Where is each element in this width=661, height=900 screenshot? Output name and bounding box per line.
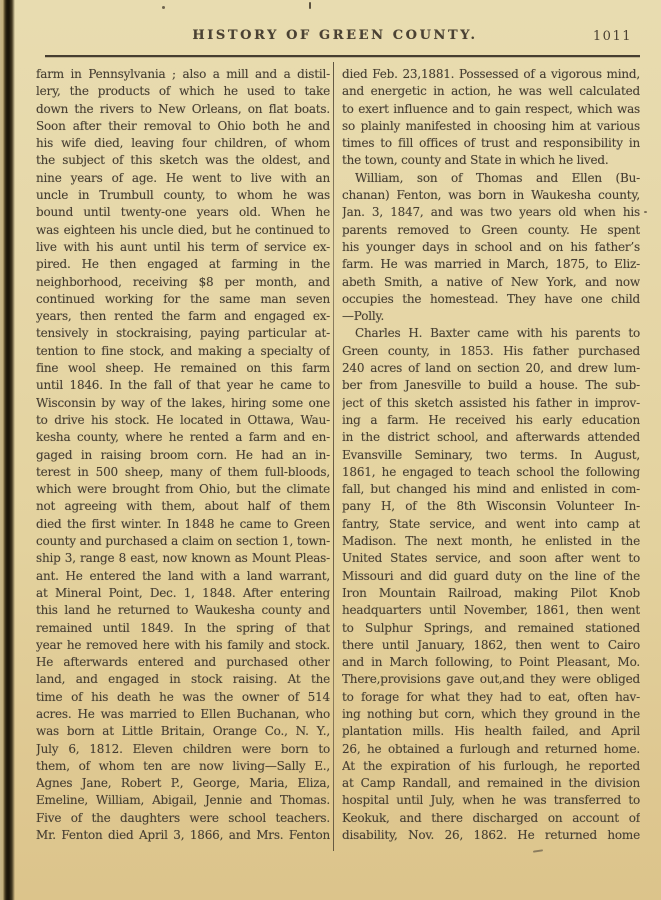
- text-line: years, then rented the farm and engaged …: [36, 308, 330, 325]
- text-line: Missouri and did guard duty on the line …: [342, 568, 640, 585]
- paper-speck: [644, 211, 647, 213]
- text-line: lery, the products of which he used to t…: [36, 83, 330, 100]
- text-line: at Camp Randall, and remained in the div…: [342, 775, 640, 792]
- text-line: He afterwards entered and purchased othe…: [36, 654, 330, 671]
- text-column-left: farm in Pennsylvania ; also a mill and a…: [36, 66, 330, 844]
- text-line: Mr. Fenton died April 3, 1866, and Mrs. …: [36, 827, 330, 844]
- text-line: this land he returned to Waukesha county…: [36, 602, 330, 619]
- text-line: Green county, in 1853. His father purcha…: [342, 343, 640, 360]
- text-line: —Polly.: [342, 308, 640, 325]
- text-line: pany H, of the 8th Wisconsin Volunteer I…: [342, 498, 640, 515]
- text-line: fall, but changed his mind and enlisted …: [342, 481, 640, 498]
- text-line: tention to fine stock, and making a spec…: [36, 343, 330, 360]
- text-line: live with his aunt until his term of ser…: [36, 239, 330, 256]
- text-line: ant. He entered the land with a land war…: [36, 568, 330, 585]
- text-line: his younger days in school and on his fa…: [342, 239, 640, 256]
- text-line: ing a farm. He received his early educat…: [342, 412, 640, 429]
- text-line: Emeline, William, Abigail, Jennie and Th…: [36, 792, 330, 809]
- text-line: hospital until July, when he was transfe…: [342, 792, 640, 809]
- text-line: to drive his stock. He located in Ottawa…: [36, 412, 330, 429]
- text-line: so plainly manifested in choosing him at…: [342, 118, 640, 135]
- text-line: died the first winter. In 1848 he came t…: [36, 516, 330, 533]
- text-line: to exert influence and to gain respect, …: [342, 101, 640, 118]
- text-line: fine wool sheep. He remained on this far…: [36, 360, 330, 377]
- text-line: continued working for the same man seven: [36, 291, 330, 308]
- text-line: Wisconsin by way of the lakes, hiring so…: [36, 395, 330, 412]
- text-line: remained until 1849. In the spring of th…: [36, 620, 330, 637]
- column-divider-rule: [333, 62, 334, 851]
- text-line: Iron Mountain Railroad, making Pilot Kno…: [342, 585, 640, 602]
- text-line: At the expiration of his furlough, he re…: [342, 758, 640, 775]
- scanned-book-page: HISTORY OF GREEN COUNTY. 1011 farm in Pe…: [0, 0, 661, 900]
- text-line: pired. He then engaged at farming in the: [36, 256, 330, 273]
- text-line: Madison. The next month, he enlisted in …: [342, 533, 640, 550]
- book-binding-edge: [0, 0, 15, 900]
- text-line: ber from Janesville to build a house. Th…: [342, 377, 640, 394]
- text-line: and in March following, to Point Pleasan…: [342, 654, 640, 671]
- text-line: them, of whom ten are now living—Sally E…: [36, 758, 330, 775]
- text-line: Soon after their removal to Ohio both he…: [36, 118, 330, 135]
- text-line: died Feb. 23,1881. Possessed of a vigoro…: [342, 66, 640, 83]
- text-line: gaged in raising broom corn. He had an i…: [36, 447, 330, 464]
- paper-speck: [162, 6, 165, 9]
- text-line: which were brought from Ohio, but the cl…: [36, 481, 330, 498]
- text-line: disability, Nov. 26, 1862. He returned h…: [342, 827, 640, 844]
- text-line: time of his death he was the owner of 51…: [36, 689, 330, 706]
- text-line: July 6, 1812. Eleven children were born …: [36, 741, 330, 758]
- text-line: chanan) Fenton, was born in Waukesha cou…: [342, 187, 640, 204]
- text-line: year he removed here with his family and…: [36, 637, 330, 654]
- text-line: kesha county, where he rented a farm and…: [36, 429, 330, 446]
- text-line: 26, he obtained a furlough and returned …: [342, 741, 640, 758]
- text-line: Keokuk, and there discharged on account …: [342, 810, 640, 827]
- text-line: headquarters until November, 1861, then …: [342, 602, 640, 619]
- text-line: and energetic in action, he was well cal…: [342, 83, 640, 100]
- text-line: bound until twenty-one years old. When h…: [36, 204, 330, 221]
- text-line: abeth Smith, a native of New York, and n…: [342, 274, 640, 291]
- text-line: 1861, he engaged to teach school the fol…: [342, 464, 640, 481]
- text-line: Evansville Seminary, two terms. In Augus…: [342, 447, 640, 464]
- text-line: the town, county and State in which he l…: [342, 152, 640, 169]
- text-line: county and purchased a claim on section …: [36, 533, 330, 550]
- text-line: farm in Pennsylvania ; also a mill and a…: [36, 66, 330, 83]
- text-line: acres. He was married to Ellen Buchanan,…: [36, 706, 330, 723]
- text-line: down the rivers to New Orleans, on flat …: [36, 101, 330, 118]
- text-line: There,provisions gave out,and they were …: [342, 671, 640, 688]
- text-line: not agreeing with them, about half of th…: [36, 498, 330, 515]
- text-column-right: died Feb. 23,1881. Possessed of a vigoro…: [342, 66, 640, 844]
- text-line: tensively in stockraising, paying partic…: [36, 325, 330, 342]
- text-line: ject of this sketch assisted his father …: [342, 395, 640, 412]
- text-line: there until January, 1862, then went to …: [342, 637, 640, 654]
- text-line: to Sulphur Springs, and remained station…: [342, 620, 640, 637]
- text-line: to forage for what they had to eat, ofte…: [342, 689, 640, 706]
- text-line: United States service, and soon after we…: [342, 550, 640, 567]
- text-line: was born at Little Britain, Orange Co., …: [36, 723, 330, 740]
- text-line: nine years of age. He went to live with …: [36, 170, 330, 187]
- text-line: 240 acres of land on section 20, and dre…: [342, 360, 640, 377]
- text-line: William, son of Thomas and Ellen (Bu-: [342, 170, 640, 187]
- page-header: HISTORY OF GREEN COUNTY. 1011: [15, 28, 661, 48]
- text-line: in the district school, and afterwards a…: [342, 429, 640, 446]
- text-line: uncle in Trumbull county, to whom he was: [36, 187, 330, 204]
- text-line: his wife died, leaving four children, of…: [36, 135, 330, 152]
- text-line: at Mineral Point, Dec. 1, 1848. After en…: [36, 585, 330, 602]
- header-rule: [45, 55, 640, 57]
- text-line: occupies the homestead. They have one ch…: [342, 291, 640, 308]
- text-line: ship 3, range 8 east, now known as Mount…: [36, 550, 330, 567]
- text-line: Agnes Jane, Robert P., George, Maria, El…: [36, 775, 330, 792]
- text-line: land, and engaged in stock raising. At t…: [36, 671, 330, 688]
- text-line: until 1846. In the fall of that year he …: [36, 377, 330, 394]
- text-line: fantry, State service, and went into cam…: [342, 516, 640, 533]
- text-line: was eighteen his uncle died, but he cont…: [36, 222, 330, 239]
- text-line: plantation mills. His health failed, and…: [342, 723, 640, 740]
- running-head-title: HISTORY OF GREEN COUNTY.: [30, 28, 640, 43]
- text-line: Jan. 3, 1847, and was two years old when…: [342, 204, 640, 221]
- text-line: terest in 500 sheep, many of them full-b…: [36, 464, 330, 481]
- paper-speck: [309, 2, 311, 9]
- page-number: 1011: [593, 29, 632, 44]
- text-line: farm. He was married in March, 1875, to …: [342, 256, 640, 273]
- text-line: Charles H. Baxter came with his parents …: [342, 325, 640, 342]
- paper-speck: [533, 849, 543, 852]
- text-line: Five of the daughters were school teache…: [36, 810, 330, 827]
- text-line: ing nothing but corn, which they ground …: [342, 706, 640, 723]
- text-line: times to fill offices of trust and respo…: [342, 135, 640, 152]
- text-line: neighborhood, receiving $8 per month, an…: [36, 274, 330, 291]
- text-line: the subject of this sketch was the oldes…: [36, 152, 330, 169]
- text-line: parents removed to Green county. He spen…: [342, 222, 640, 239]
